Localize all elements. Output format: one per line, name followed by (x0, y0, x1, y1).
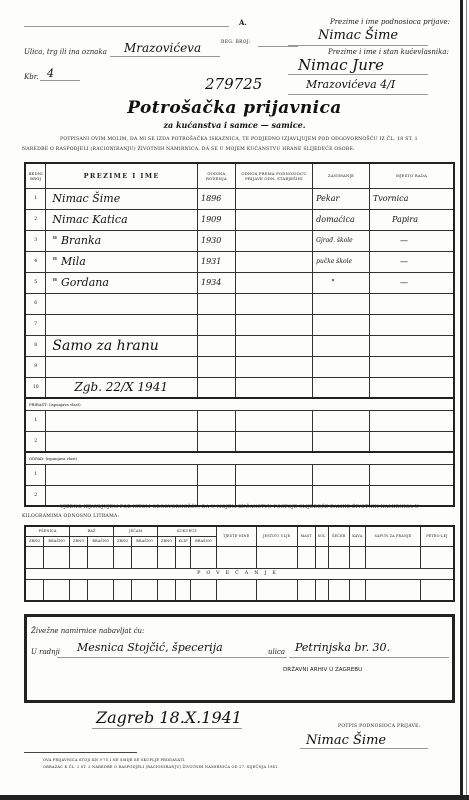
street-label: Ulica, trg ili ina oznaka (24, 48, 107, 56)
column-flour: BRAŠNO (88, 536, 114, 546)
street-value: Mrazovićeva (124, 41, 201, 55)
member-name (46, 293, 198, 314)
row-number: 7 (25, 314, 46, 335)
house-number-value: 4 (47, 67, 54, 80)
owner-name: Nimac Jure (298, 56, 384, 74)
supply-shop-box: Živežne namirnice nabavljat ću: U radnji… (24, 614, 455, 703)
food-stock-table: PŠENICA RAŽ JEČAM KUKURUZ TJESTE-NINE JE… (24, 525, 455, 602)
intro-line-2: NAREDBE O RASPODJELI (RACIONIRANJU) ŽIVO… (22, 146, 454, 154)
row-number: 3 (25, 230, 46, 251)
member-name: " Branka (46, 230, 198, 251)
column-header-relation: ODNOS PREMA PODNOSIOCU PRIJAVE ODN. STAR… (235, 163, 312, 188)
member-birth-year: 1931 (198, 251, 236, 272)
column-cooking-oil: JESTIVO ULJE (256, 526, 297, 546)
regulation-note: OBRAZAC K ČL. 2 ST. 2 NAREDBE O RASPODJE… (43, 765, 279, 769)
column-header-name: PREZIME I IME (46, 163, 198, 188)
column-pasta: TJESTE-NINE (216, 526, 256, 546)
serial-number: 279725 (205, 75, 262, 93)
member-name: Nimac Katica (46, 209, 198, 230)
column-header-workplace: MJESTO RADA (369, 163, 454, 188)
increase-values-row (25, 579, 454, 601)
table-row: 2 (25, 431, 454, 452)
house-number-field (40, 80, 80, 81)
increase-header-row: POVEĆANJE (25, 568, 454, 579)
column-flour: BRAŠNO (132, 536, 158, 546)
column-header-occupation: ZANIMANJE (313, 163, 370, 188)
row-number: 1 (25, 410, 46, 431)
supply-label: Živežne namirnice nabavljat ću: (31, 627, 144, 635)
table-row: 7 (25, 314, 454, 335)
table-row: 9 (25, 356, 454, 377)
column-grain: ZRNO (25, 536, 44, 546)
column-group-rye: RAŽ (70, 526, 114, 536)
shop-field (57, 657, 287, 658)
stock-group-header-row: PŠENICA RAŽ JEČAM KUKURUZ TJESTE-NINE JE… (25, 526, 454, 536)
applicant-value: Nimac Šime (318, 28, 398, 43)
table-row: 1 (25, 410, 454, 431)
row-number: 9 (25, 356, 46, 377)
street-field (110, 56, 220, 57)
member-workplace: — (369, 251, 454, 272)
table-row: 1 (25, 464, 454, 485)
column-flour: BRAŠNO (44, 536, 70, 546)
member-relation (235, 272, 312, 293)
member-workplace: Papira (369, 209, 454, 230)
owner-address: Mrazovićeva 4/I (306, 78, 395, 91)
column-header-birth-year: GODINA RODENJA (198, 163, 236, 188)
reg-number-field (258, 46, 298, 47)
signature-label: POTPIS PODNOSIOCA PRIJAVE: (338, 724, 421, 729)
column-sugar: ŠEĆER (328, 526, 349, 546)
increase-label: POVEĆANJE (25, 568, 454, 579)
column-group-barley: JEČAM (114, 526, 158, 536)
row-number: 2 (25, 485, 46, 506)
stock-declaration-line-2: KILOGRAMIMA ODNOSNO LITRAMA: (22, 513, 454, 521)
row-number: 10 (25, 377, 46, 398)
page-edge (0, 795, 469, 800)
ration-registration-form: A. REG. BROJ: Prezime i ime podnosioca p… (0, 0, 469, 800)
table-header-row: REDNI BROJ PREZIME I IME GODINA RODENJA … (25, 163, 454, 188)
member-name: Nimac Šime (46, 188, 198, 209)
house-number-label: Kbr. (24, 73, 39, 81)
reg-number-label: REG. BROJ: (221, 40, 251, 45)
member-name: " Gordana (46, 272, 198, 293)
member-name (46, 356, 198, 377)
header-rule (24, 26, 229, 27)
household-members-table: REDNI BROJ PREZIME I IME GODINA RODENJA … (24, 162, 455, 507)
column-cob: KLIP (176, 536, 191, 546)
member-birth-year: 1909 (198, 209, 236, 230)
table-row: 6 (25, 293, 454, 314)
row-number: 6 (25, 293, 46, 314)
member-birth-year: 1896 (198, 188, 236, 209)
stock-declaration-line-1: UJEDNO IZJAVLJUJEM POD ISTOM ODGOVORNOŠĆ… (22, 504, 454, 512)
shop-street-value: Petrinjska br. 30. (295, 641, 390, 654)
column-coffee: KAVA (349, 526, 365, 546)
column-lard: MAST (297, 526, 315, 546)
handwritten-note: Samo za hranu (46, 335, 198, 356)
table-row: 1 Nimac Šime 1896 Pekar Tvornica (25, 188, 454, 209)
shop-street-label: ulica (268, 648, 285, 656)
table-row: 5 " Gordana 1934 " — (25, 272, 454, 293)
row-number: 4 (25, 251, 46, 272)
member-occupation: domaćica (313, 209, 370, 230)
owner-label: Prezime i ime i stan kućevlasnika: (328, 48, 449, 56)
form-subtitle: za kućanstva i samce — samice. (0, 120, 469, 130)
member-workplace: — (369, 272, 454, 293)
member-name (46, 314, 198, 335)
column-petroleum: PETRO-LEJ (420, 526, 454, 546)
column-group-corn: KUKURUZ (158, 526, 217, 536)
archive-stamp: DRŽAVNI ARHIV U ZAGREBU (283, 667, 362, 673)
row-number: 2 (25, 431, 46, 452)
handwritten-date-signature: Zgb. 22/X 1941 (46, 377, 198, 398)
intro-line-1: POTPISANI OVIM MOLIM, DA MI SE IZDA POTR… (22, 136, 454, 144)
row-number: 8 (25, 335, 46, 356)
table-row: 2 Nimac Katica 1909 domaćica Papira (25, 209, 454, 230)
member-workplace: — (369, 230, 454, 251)
applicant-field (288, 45, 428, 46)
member-workplace: Tvornica (369, 188, 454, 209)
shop-label: U radnji (31, 648, 60, 656)
table-row: 10 Zgb. 22/X 1941 (25, 377, 454, 398)
additions-label: PRIRAST: (ispunjava vlast) (25, 398, 454, 410)
price-note: OVA PRIJAVNICA STOJI KN 0'75 I NE SMIJE … (43, 758, 186, 762)
row-number: 2 (25, 209, 46, 230)
form-title: Potrošačka prijavnica (0, 98, 469, 118)
row-number: 1 (25, 464, 46, 485)
column-grain: ZRNO (70, 536, 88, 546)
member-occupation: Gjrađ. škole (313, 230, 370, 251)
member-birth-year: 1930 (198, 230, 236, 251)
member-birth-year: 1934 (198, 272, 236, 293)
additions-section-header: PRIRAST: (ispunjava vlast) (25, 398, 454, 410)
column-washing-soap: SAPUN ZA PRANJE (365, 526, 420, 546)
row-number: 5 (25, 272, 46, 293)
applicant-label: Prezime i ime podnosioca prijave: (330, 18, 450, 26)
owner-address-field (288, 94, 428, 95)
signature-field (300, 748, 428, 749)
table-row: 2 (25, 485, 454, 506)
removals-section-header: ODPAD: (ispunjava vlast) (25, 452, 454, 464)
member-occupation: pučke škole (313, 251, 370, 272)
place-and-date: Zagreb 18.X.1941 (96, 708, 242, 727)
column-grain: ZRNO (158, 536, 176, 546)
member-occupation: Pekar (313, 188, 370, 209)
owner-field (288, 74, 428, 75)
stock-values-row (25, 546, 454, 568)
form-marker: A. (239, 18, 247, 27)
column-flour: BRAŠNO (191, 536, 217, 546)
column-grain: ZRNO (114, 536, 132, 546)
shop-street-field (289, 657, 449, 658)
column-group-wheat: PŠENICA (25, 526, 70, 536)
member-relation (235, 188, 312, 209)
member-occupation: " (313, 272, 370, 293)
table-row: 4 " Mila 1931 pučke škole — (25, 251, 454, 272)
member-relation (235, 230, 312, 251)
member-name: " Mila (46, 251, 198, 272)
member-relation (235, 251, 312, 272)
column-header-number: REDNI BROJ (25, 163, 46, 188)
member-relation (235, 209, 312, 230)
row-number: 1 (25, 188, 46, 209)
place-date-field (92, 728, 242, 729)
applicant-signature: Nimac Šime (306, 733, 386, 748)
footnote-divider (24, 752, 137, 753)
shop-value: Mesnica Stojčić, špecerija (77, 641, 223, 654)
table-row: 3 " Branka 1930 Gjrađ. škole — (25, 230, 454, 251)
removals-label: ODPAD: (ispunjava vlast) (25, 452, 454, 464)
column-salt: SOL (315, 526, 328, 546)
table-row: 8 Samo za hranu (25, 335, 454, 356)
